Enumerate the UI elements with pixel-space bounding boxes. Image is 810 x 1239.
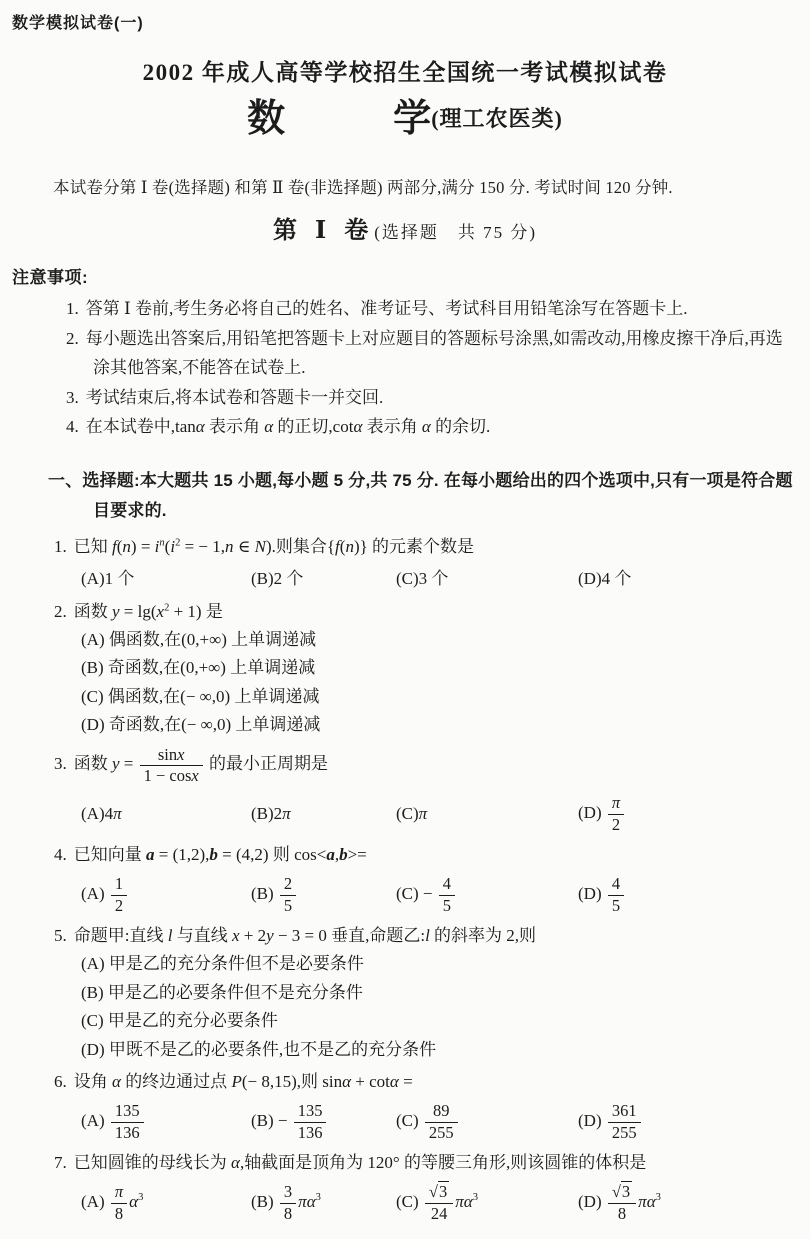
question: 7.已知圆锥的母线长为 α,轴截面是顶角为 120° 的等腰三角形,则该圆锥的体…	[54, 1148, 796, 1226]
option: (C) 89255	[396, 1099, 578, 1145]
math-var: α	[647, 1192, 656, 1211]
notice-item: 1.答第 Ⅰ 卷前,考生务必将自己的姓名、准考证号、考试科目用铅笔涂写在答题卡上…	[66, 294, 796, 324]
fraction-denominator: 5	[280, 896, 296, 915]
option: (B) 甲是乙的必要条件但不是充分条件	[81, 979, 796, 1008]
note-number: 3.	[66, 388, 79, 407]
math-var: α	[353, 417, 362, 436]
fraction-numerator: √3	[608, 1183, 636, 1203]
fraction-numerator: 89	[425, 1102, 458, 1122]
math-fraction: 12	[111, 875, 127, 915]
question-list: 1.已知 f(n) = in(i2 = − 1,n ∈ N).则集合{f(n)}…	[54, 532, 796, 1227]
math-superscript: 3	[316, 1192, 321, 1203]
option: (A) 12	[81, 872, 251, 918]
math-superscript: 3	[656, 1192, 661, 1203]
question: 1.已知 f(n) = in(i2 = − 1,n ∈ N).则集合{f(n)}…	[54, 532, 796, 594]
fraction-numerator: √3	[425, 1183, 453, 1203]
fraction-denominator: 255	[608, 1123, 641, 1142]
math-var: P	[231, 1072, 241, 1091]
math-var: x	[157, 602, 165, 621]
question-stem: 5.命题甲:直线 l 与直线 x + 2y − 3 = 0 垂直,命题乙:l 的…	[54, 921, 796, 950]
option: (D) 45	[578, 872, 796, 918]
radical-sign: √	[612, 1182, 621, 1201]
fraction-numerator: 3	[280, 1183, 296, 1203]
option: (A) π8α3	[81, 1180, 251, 1226]
math-fraction: 361255	[608, 1102, 641, 1142]
option: (D) 甲既不是乙的必要条件,也不是乙的充分条件	[81, 1036, 796, 1065]
paper-intro: 本试卷分第 Ⅰ 卷(选择题) 和第 Ⅱ 卷(非选择题) 两部分,满分 150 分…	[53, 174, 798, 202]
option: (A) 甲是乙的充分条件但不是必要条件	[81, 950, 796, 979]
fraction-denominator: 136	[111, 1123, 144, 1142]
question-stem-text: 设角 α 的终边通过点 P(− 8,15),则 sinα + cotα =	[74, 1072, 413, 1091]
math-var: y	[266, 926, 274, 945]
fraction-numerator: 4	[439, 875, 455, 895]
math-var: n	[122, 537, 131, 556]
fraction-denominator: 255	[425, 1123, 458, 1142]
math-fraction: 25	[280, 875, 296, 915]
question-stem-text: 函数 y = sinx1 − cosx 的最小正周期是	[74, 754, 328, 773]
math-var: π	[282, 804, 291, 823]
math-var: α	[307, 1192, 316, 1211]
fraction-denominator: 24	[425, 1204, 453, 1223]
corner-header: 数学模拟试卷(一)	[12, 10, 802, 38]
note-text: 答第 Ⅰ 卷前,考生务必将自己的姓名、准考证号、考试科目用铅笔涂写在答题卡上.	[86, 299, 688, 318]
math-superscript: 2	[164, 602, 169, 613]
fraction-numerator: π	[111, 1183, 127, 1203]
notice-item: 2.每小题选出答案后,用铅笔把答题卡上对应题目的答题标号涂黑,如需改动,用橡皮擦…	[66, 324, 796, 383]
option: (A) 偶函数,在(0,+∞) 上单调递减	[81, 626, 796, 655]
fraction-numerator: 135	[111, 1102, 144, 1122]
option: (D) π2	[578, 791, 796, 837]
question-number: 5.	[54, 926, 67, 945]
notice-heading: 注意事项:	[12, 264, 802, 292]
option: (C) √324πα3	[396, 1180, 578, 1226]
math-var: π	[612, 793, 620, 812]
note-number: 2.	[66, 329, 79, 348]
option: (A)4π	[81, 800, 251, 828]
math-var: N	[255, 537, 266, 556]
math-fraction: 135136	[294, 1102, 327, 1142]
question-number: 3.	[54, 754, 67, 773]
note-text: 考试结束后,将本试卷和答题卡一并交回.	[86, 388, 384, 407]
question-number: 7.	[54, 1153, 67, 1172]
option: (B) − 135136	[251, 1099, 396, 1145]
math-var: f	[112, 537, 117, 556]
page-title: 2002 年成人高等学校招生全国统一考试模拟试卷	[8, 58, 802, 88]
volume1-title: 第 Ⅰ 卷	[273, 218, 374, 244]
option: (C) − 45	[396, 872, 578, 918]
math-superscript: 3	[473, 1192, 478, 1203]
math-var: y	[112, 754, 120, 773]
fraction-denominator: 2	[608, 815, 624, 834]
question: 5.命题甲:直线 l 与直线 x + 2y − 3 = 0 垂直,命题乙:l 的…	[54, 921, 796, 1064]
math-fraction: 45	[608, 875, 624, 915]
math-var: π	[298, 1192, 307, 1211]
note-text: 在本试卷中,tanα 表示角 α 的正切,cotα 表示角 α 的余切.	[86, 417, 491, 436]
math-var: x	[232, 926, 240, 945]
option: (A)1 个	[81, 565, 251, 593]
math-var: x	[177, 745, 184, 764]
fraction-numerator: π	[608, 794, 624, 814]
subject-char-2: 学	[393, 98, 431, 140]
question-number: 4.	[54, 845, 67, 864]
question: 2.函数 y = lg(x2 + 1) 是(A) 偶函数,在(0,+∞) 上单调…	[54, 597, 796, 740]
math-superscript: 3	[138, 1192, 143, 1203]
question-stem-text: 已知圆锥的母线长为 α,轴截面是顶角为 120° 的等腰三角形,则该圆锥的体积是	[74, 1153, 647, 1172]
question: 4.已知向量 a = (1,2),b = (4,2) 则 cos<a,b>=(A…	[54, 840, 796, 918]
option: (C)3 个	[396, 565, 578, 593]
volume1-subtitle: (选择题 共 75 分)	[374, 223, 537, 242]
fraction-denominator: 1 − cosx	[140, 766, 203, 785]
math-var: α	[464, 1192, 473, 1211]
question-stem: 7.已知圆锥的母线长为 α,轴截面是顶角为 120° 的等腰三角形,则该圆锥的体…	[54, 1148, 796, 1177]
fraction-numerator: sinx	[140, 746, 203, 766]
option: (B) 38πα3	[251, 1180, 396, 1226]
math-var: π	[115, 1182, 123, 1201]
math-var: x	[191, 766, 198, 785]
math-var: α	[422, 417, 431, 436]
math-superscript: 2	[175, 537, 180, 548]
question-stem: 6.设角 α 的终边通过点 P(− 8,15),则 sinα + cotα =	[54, 1067, 796, 1096]
math-var: α	[129, 1192, 138, 1211]
radicand: 3	[621, 1181, 632, 1201]
options-row: (A) 135136(B) − 135136(C) 89255(D) 36125…	[81, 1099, 796, 1145]
question: 3.函数 y = sinx1 − cosx 的最小正周期是(A)4π(B)2π(…	[54, 743, 796, 838]
fraction-numerator: 4	[608, 875, 624, 895]
option: (C) 偶函数,在(− ∞,0) 上单调递减	[81, 683, 796, 712]
math-vector: b	[209, 845, 218, 864]
option: (D)4 个	[578, 565, 796, 593]
options-row: (A)4π(B)2π(C)π(D) π2	[81, 791, 796, 837]
option: (C) 甲是乙的充分必要条件	[81, 1007, 796, 1036]
question-stem: 1.已知 f(n) = in(i2 = − 1,n ∈ N).则集合{f(n)}…	[54, 532, 796, 561]
option: (D) 361255	[578, 1099, 796, 1145]
section1-instruction: 一、选择题:本大题共 15 小题,每小题 5 分,共 75 分. 在每小题给出的…	[48, 466, 796, 526]
math-fraction: 135136	[111, 1102, 144, 1142]
math-vector: a	[326, 845, 335, 864]
exam-paper-page: 数学模拟试卷(一) 2002 年成人高等学校招生全国统一考试模拟试卷 数学(理工…	[0, 0, 810, 1239]
subject-line: 数学(理工农医类)	[8, 96, 802, 149]
math-fraction: 38	[280, 1183, 296, 1223]
note-number: 1.	[66, 299, 79, 318]
note-text: 每小题选出答案后,用铅笔把答题卡上对应题目的答题标号涂黑,如需改动,用橡皮擦干净…	[86, 329, 783, 378]
question-number: 1.	[54, 537, 67, 556]
math-vector: b	[339, 845, 348, 864]
question-stem: 4.已知向量 a = (1,2),b = (4,2) 则 cos<a,b>=	[54, 840, 796, 869]
math-fraction: √38	[608, 1183, 636, 1223]
subject-paren: (理工农医类)	[431, 106, 563, 131]
option: (B) 25	[251, 872, 396, 918]
fraction-denominator: 5	[439, 896, 455, 915]
options-row: (A) 12(B) 25(C) − 45(D) 45	[81, 872, 796, 918]
math-fraction: √324	[425, 1183, 453, 1223]
option: (B)2π	[251, 800, 396, 828]
question-number: 6.	[54, 1072, 67, 1091]
fraction-denominator: 2	[111, 896, 127, 915]
math-var: α	[264, 417, 273, 436]
math-var: α	[112, 1072, 121, 1091]
math-var: α	[196, 417, 205, 436]
math-var: π	[419, 804, 428, 823]
math-sqrt: √3	[612, 1181, 632, 1201]
math-var: l	[168, 926, 173, 945]
math-fraction: 45	[439, 875, 455, 915]
radical-sign: √	[429, 1182, 438, 1201]
math-var: α	[390, 1072, 399, 1091]
options-row: (A)1 个(B)2 个(C)3 个(D)4 个	[81, 564, 796, 594]
option: (D) √38πα3	[578, 1180, 796, 1226]
math-var: n	[225, 537, 234, 556]
notice-item: 3.考试结束后,将本试卷和答题卡一并交回.	[66, 383, 796, 413]
math-var: l	[425, 926, 430, 945]
question-number: 2.	[54, 602, 67, 621]
math-fraction: π2	[608, 794, 624, 834]
fraction-numerator: 1	[111, 875, 127, 895]
question-stem-text: 已知向量 a = (1,2),b = (4,2) 则 cos<a,b>=	[74, 845, 367, 864]
option: (B)2 个	[251, 565, 396, 593]
fraction-numerator: 135	[294, 1102, 327, 1122]
notice-list: 1.答第 Ⅰ 卷前,考生务必将自己的姓名、准考证号、考试科目用铅笔涂写在答题卡上…	[8, 294, 796, 442]
question-stem-text: 函数 y = lg(x2 + 1) 是	[74, 602, 223, 621]
fraction-denominator: 8	[280, 1204, 296, 1223]
volume1-heading: 第 Ⅰ 卷(选择题 共 75 分)	[8, 214, 802, 250]
question-stem: 3.函数 y = sinx1 − cosx 的最小正周期是	[54, 743, 796, 789]
question-stem: 2.函数 y = lg(x2 + 1) 是	[54, 597, 796, 626]
math-vector: a	[146, 845, 155, 864]
math-var: α	[342, 1072, 351, 1091]
question-stem-text: 已知 f(n) = in(i2 = − 1,n ∈ N).则集合{f(n)} 的…	[74, 537, 474, 556]
fraction-denominator: 8	[111, 1204, 127, 1223]
option: (A) 135136	[81, 1099, 251, 1145]
question-stem-text: 命题甲:直线 l 与直线 x + 2y − 3 = 0 垂直,命题乙:l 的斜率…	[74, 926, 536, 945]
math-fraction: sinx1 − cosx	[140, 746, 203, 786]
fraction-numerator: 361	[608, 1102, 641, 1122]
math-var: n	[159, 537, 164, 548]
fraction-numerator: 2	[280, 875, 296, 895]
note-number: 4.	[66, 417, 79, 436]
math-fraction: 89255	[425, 1102, 458, 1142]
option: (D) 奇函数,在(− ∞,0) 上单调递减	[81, 711, 796, 740]
subject-char-1: 数	[247, 98, 285, 140]
math-var: α	[231, 1153, 240, 1172]
math-var: π	[638, 1192, 647, 1211]
fraction-denominator: 136	[294, 1123, 327, 1142]
option: (C)π	[396, 800, 578, 828]
notice-item: 4.在本试卷中,tanα 表示角 α 的正切,cotα 表示角 α 的余切.	[66, 412, 796, 442]
math-var: y	[112, 602, 120, 621]
math-var: f	[335, 537, 340, 556]
math-var: n	[345, 537, 354, 556]
math-fraction: π8	[111, 1183, 127, 1223]
options-row: (A) π8α3(B) 38πα3(C) √324πα3(D) √38πα3	[81, 1180, 796, 1226]
option: (B) 奇函数,在(0,+∞) 上单调递减	[81, 654, 796, 683]
math-var: π	[455, 1192, 464, 1211]
math-sqrt: √3	[429, 1181, 449, 1201]
fraction-denominator: 8	[608, 1204, 636, 1223]
fraction-denominator: 5	[608, 896, 624, 915]
question: 6.设角 α 的终边通过点 P(− 8,15),则 sinα + cotα =(…	[54, 1067, 796, 1145]
math-superscript: n	[159, 537, 164, 548]
radicand: 3	[438, 1181, 449, 1201]
math-var: π	[113, 804, 122, 823]
